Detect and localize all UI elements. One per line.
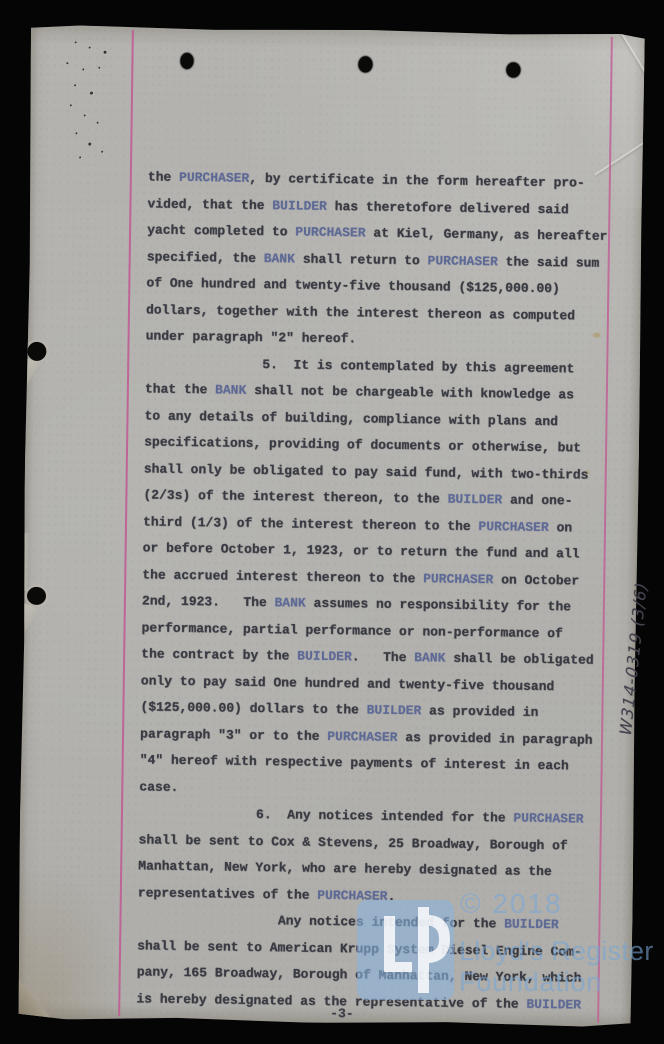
pin-prick [70, 104, 72, 106]
pin-prick [104, 51, 107, 54]
pin-prick [66, 62, 68, 64]
tear-flap [26, 359, 40, 385]
scanned-document-page: the PURCHASER, by certificate in the for… [0, 0, 664, 1044]
punch-hole-top [180, 53, 193, 69]
punch-hole-left [27, 342, 46, 361]
typewritten-text: the PURCHASER, by certificate in the for… [136, 164, 618, 1018]
folded-corner [17, 979, 53, 1019]
punch-hole-top [358, 56, 372, 72]
pin-prick [90, 92, 93, 95]
pin-prick [82, 68, 84, 70]
pin-prick [84, 115, 86, 117]
pin-prick-cluster [31, 25, 645, 34]
pin-prick [97, 122, 99, 124]
punch-hole-top [506, 62, 520, 77]
pin-prick [88, 143, 91, 146]
pin-prick [79, 156, 81, 158]
tear-flap [22, 603, 38, 633]
pin-prick [74, 84, 76, 86]
page-number: -3- [330, 1006, 354, 1021]
paper-sheet: the PURCHASER, by certificate in the for… [17, 25, 645, 1027]
margin-rule-left [118, 30, 134, 1016]
punch-hole-left [27, 587, 46, 605]
pin-prick [101, 151, 103, 153]
pin-prick [89, 47, 91, 49]
edge-tear [23, 533, 30, 591]
pin-prick [75, 132, 77, 134]
pin-prick [75, 41, 77, 43]
pin-prick [98, 67, 100, 69]
